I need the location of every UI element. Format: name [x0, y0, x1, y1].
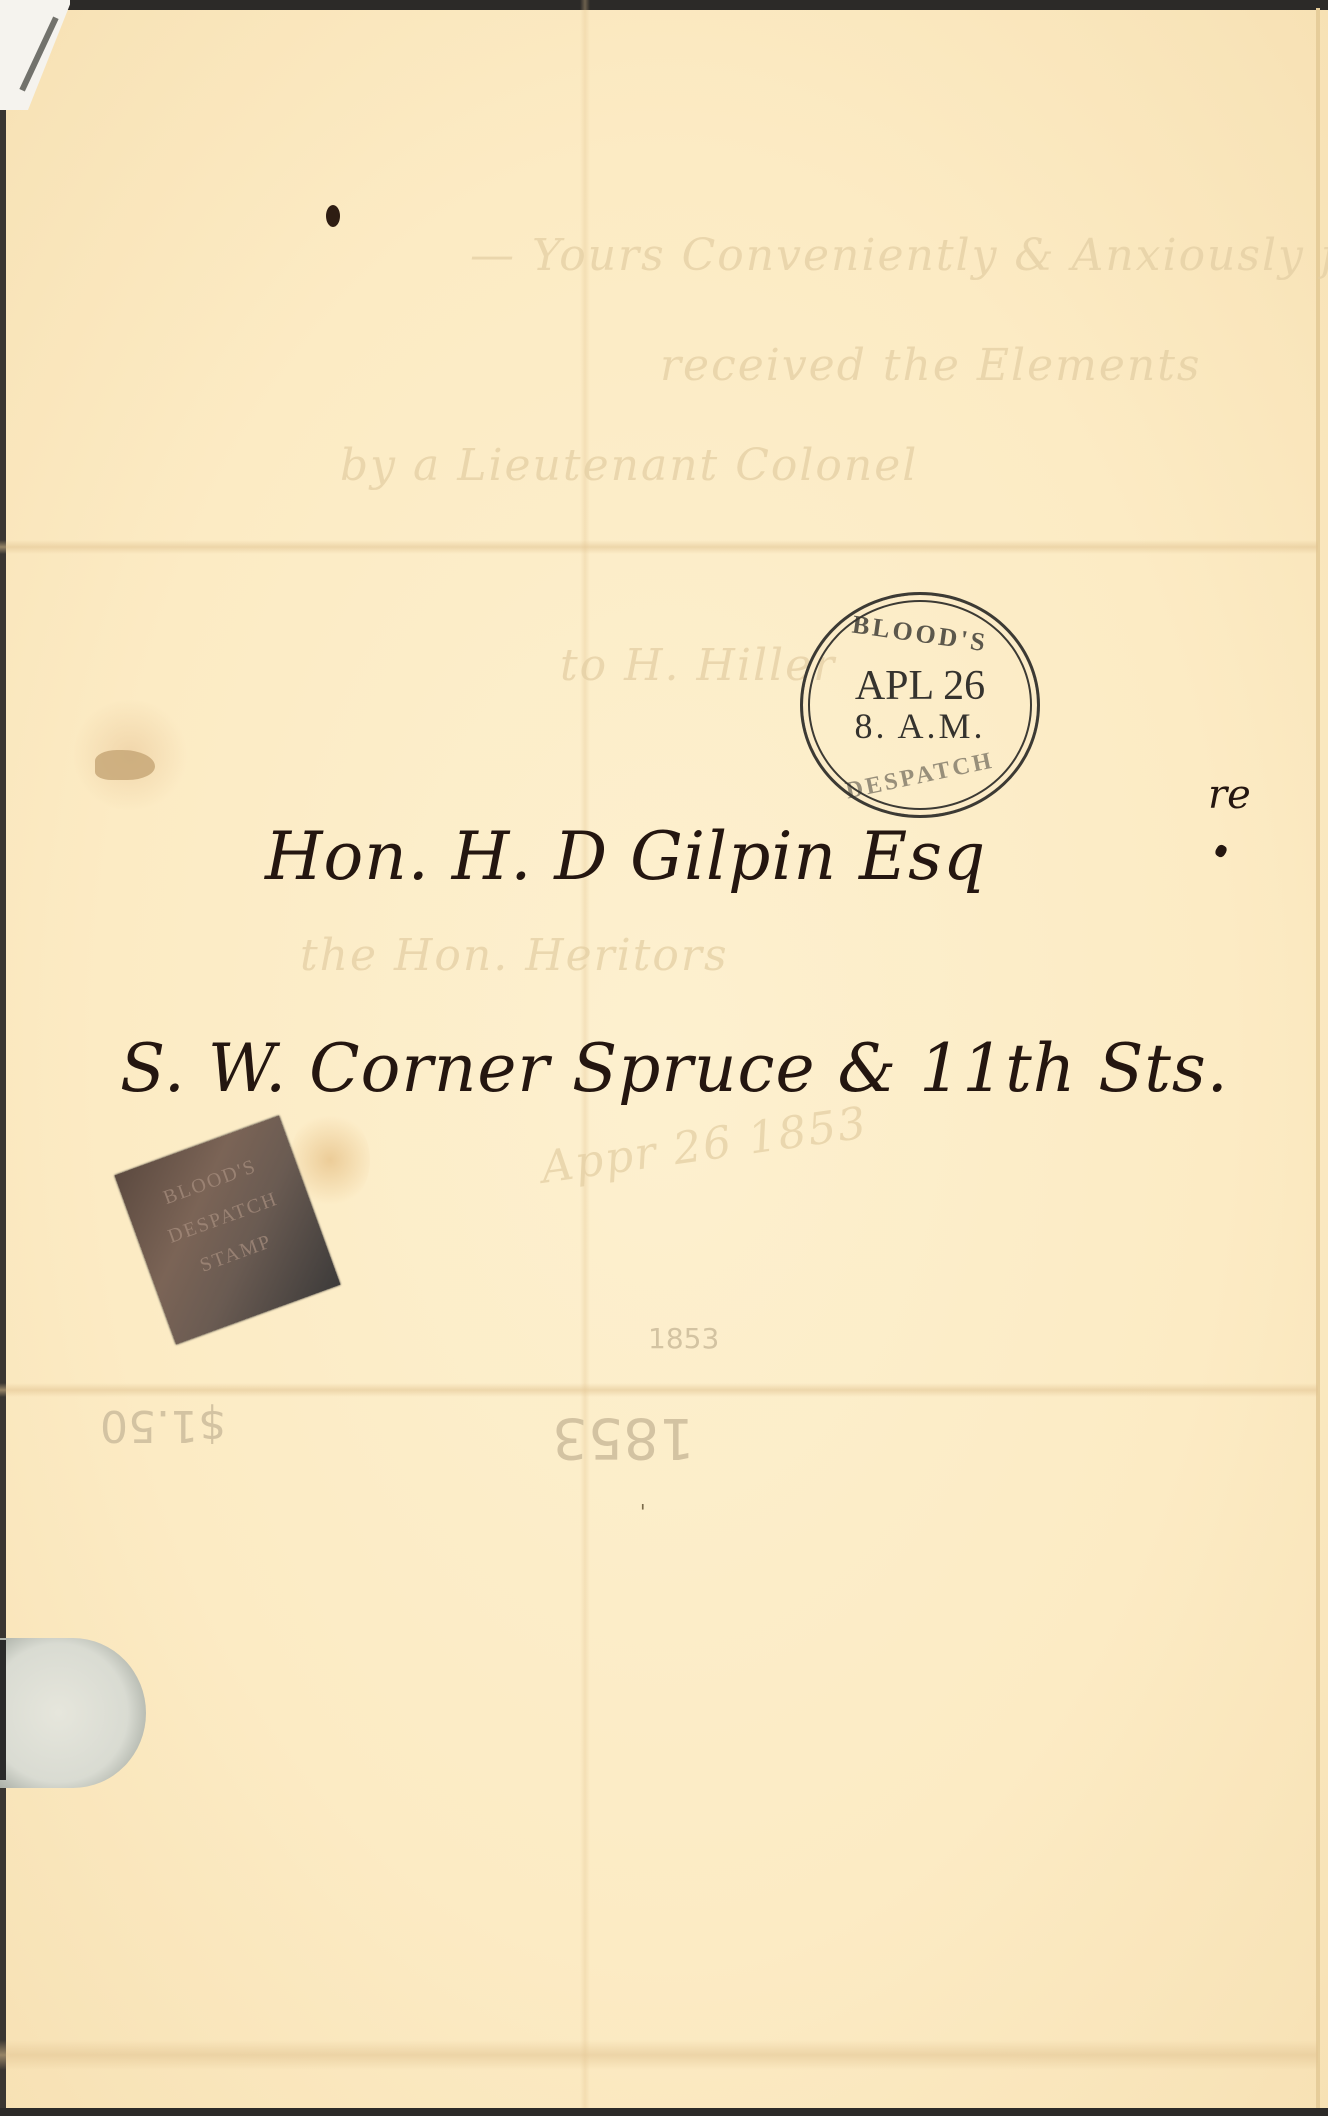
bleed-through-text: received the Elements — [660, 340, 1202, 391]
pencil-price-note: $1.50 — [100, 1400, 226, 1451]
address-superscript: re — [1208, 772, 1251, 818]
postmark-date: APL 26 — [803, 665, 1037, 707]
scan-bottom-border — [0, 2108, 1328, 2116]
postmark-bottom-arc: DESPATCH — [803, 739, 1038, 814]
scan-top-border — [60, 0, 1328, 10]
bleed-through-text: by a Lieutenant Colonel — [340, 440, 918, 491]
paper-right-edge — [1316, 8, 1320, 2108]
pencil-mark: ' — [640, 1500, 646, 1524]
bleed-through-text: the Hon. Heritors — [300, 930, 729, 981]
letter-sheet: — Yours Conveniently & Anxiously faithfu… — [0, 0, 1328, 2116]
scan-left-border — [0, 100, 6, 2116]
postmark-top-arc: BLOOD'S — [802, 603, 1038, 665]
ink-blot — [326, 205, 340, 227]
bloods-despatch-postmark: BLOOD'S APL 26 8. A.M. DESPATCH — [800, 592, 1040, 818]
ink-period — [1214, 843, 1229, 858]
torn-corner — [0, 0, 70, 110]
paper-stain — [95, 750, 155, 780]
pencil-year-note-inverted: 1853 — [552, 1405, 695, 1470]
bleed-through-text: — Yours Conveniently & Anxiously faithfu… — [470, 230, 1328, 281]
stamp-text: BLOOD'S DESPATCH STAMP — [129, 1137, 317, 1299]
address-line-1: Hon. H. D Gilpin Esq — [265, 818, 986, 895]
postmark-time: 8. A.M. — [803, 707, 1037, 745]
fold-line — [0, 540, 1318, 554]
fold-line — [0, 2040, 1318, 2070]
address-line-2: S. W. Corner Spruce & 11th Sts. — [120, 1030, 1229, 1107]
bleed-through-text: to H. Hiller — [560, 640, 836, 691]
wax-seal — [0, 1638, 146, 1788]
fold-line — [0, 1383, 1318, 1397]
seal-edge-shadow — [0, 1640, 6, 1780]
pencil-year-note: 1853 — [648, 1322, 719, 1355]
